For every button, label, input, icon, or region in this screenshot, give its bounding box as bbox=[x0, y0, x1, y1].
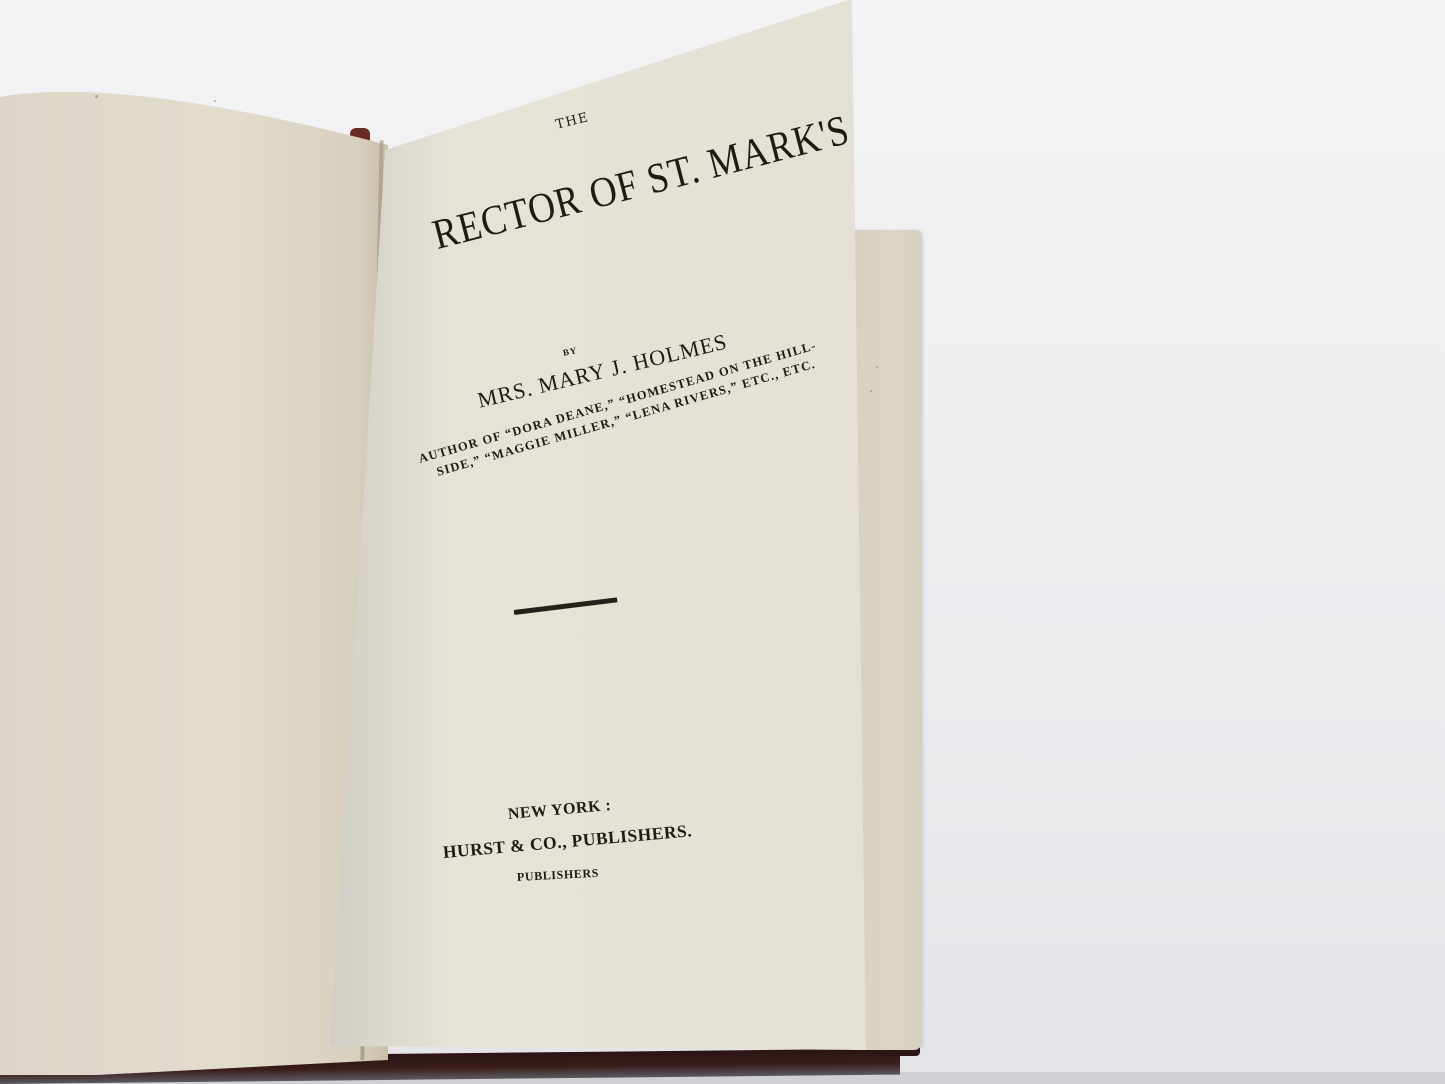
paper-speck bbox=[214, 100, 216, 102]
paper-speck bbox=[870, 390, 872, 392]
left-blank-page bbox=[0, 85, 388, 1075]
paper-speck bbox=[95, 95, 98, 98]
book-photo-scene: THE RECTOR OF ST. MARK'S BY MRS. MARY J.… bbox=[0, 0, 1445, 1084]
paper-speck bbox=[876, 366, 878, 368]
